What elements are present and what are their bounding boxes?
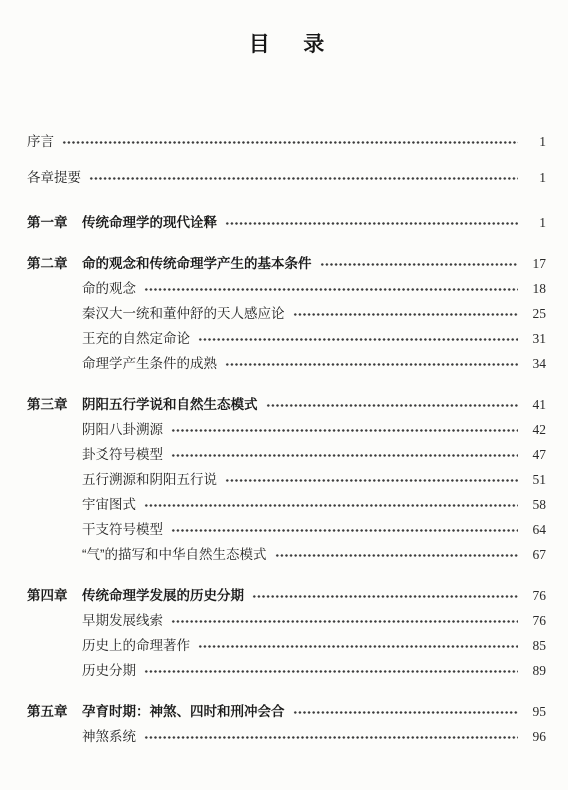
- section-label: 早期发展线索: [82, 613, 163, 628]
- section-label: 历史上的命理著作: [82, 638, 190, 653]
- toc-entry-chapter-4-section-1: 早期发展线索 76: [27, 613, 546, 628]
- dot-leader: [171, 454, 518, 457]
- dot-leader: [266, 404, 519, 407]
- page-number: 42: [524, 422, 546, 437]
- dot-leader: [252, 595, 518, 598]
- toc-entry-chapter-4-section-2: 历史上的命理著作 85: [27, 638, 546, 653]
- page-number: 41: [524, 397, 546, 412]
- dot-leader: [171, 529, 518, 532]
- page-number: 17: [524, 256, 546, 271]
- chapter-title: 阴阳五行学说和自然生态模式: [82, 397, 258, 412]
- toc-entry-chapter-3-section-2: 卦爻符号模型 47: [27, 447, 546, 462]
- toc-entry-chapter-summaries: 各章提要 1: [27, 170, 546, 185]
- dot-leader: [198, 338, 518, 341]
- page-number: 95: [524, 704, 546, 719]
- toc-entry-preface: 序言 1: [27, 134, 546, 149]
- toc-entry-chapter-3-section-3: 五行溯源和阴阳五行说 51: [27, 472, 546, 487]
- toc-entry-chapter-2-section-3: 王充的自然定命论 31: [27, 331, 546, 346]
- page-number: 47: [524, 447, 546, 462]
- dot-leader: [293, 711, 519, 714]
- dot-leader: [62, 141, 518, 144]
- dot-leader: [275, 554, 519, 557]
- chapter-number: 第五章: [27, 704, 82, 719]
- dot-leader: [144, 288, 518, 291]
- section-label: 宇宙图式: [82, 497, 136, 512]
- section-label: 历史分期: [82, 663, 136, 678]
- section-label: 卦爻符号模型: [82, 447, 163, 462]
- page-number: 18: [524, 281, 546, 296]
- chapter-title: 传统命理学的现代诠释: [82, 215, 217, 230]
- chapter-number: 第三章: [27, 397, 82, 412]
- dot-leader: [144, 504, 518, 507]
- section-label: 五行溯源和阴阳五行说: [82, 472, 217, 487]
- toc-entry-chapter-3: 第三章 阴阳五行学说和自然生态模式 41: [27, 397, 546, 412]
- toc-entry-chapter-2-section-2: 秦汉大一统和董仲舒的天人感应论 25: [27, 306, 546, 321]
- page-number: 1: [524, 215, 546, 230]
- chapter-title: 传统命理学发展的历史分期: [82, 588, 244, 603]
- toc-entry-chapter-1: 第一章 传统命理学的现代诠释 1: [27, 215, 546, 230]
- entry-label: 序言: [27, 134, 54, 149]
- dot-leader: [171, 429, 518, 432]
- toc-entry-chapter-3-section-4: 宇宙图式 58: [27, 497, 546, 512]
- chapter-number: 第四章: [27, 588, 82, 603]
- toc-entry-chapter-4-section-3: 历史分期 89: [27, 663, 546, 678]
- page-number: 89: [524, 663, 546, 678]
- page-number: 51: [524, 472, 546, 487]
- section-label: 命理学产生条件的成熟: [82, 356, 217, 371]
- page-number: 67: [524, 547, 546, 562]
- page-number: 25: [524, 306, 546, 321]
- dot-leader: [144, 670, 518, 673]
- section-label: 命的观念: [82, 281, 136, 296]
- dot-leader: [171, 620, 518, 623]
- page-number: 96: [524, 729, 546, 744]
- chapter-number: 第二章: [27, 256, 82, 271]
- page-number: 1: [524, 170, 546, 185]
- section-label: 王充的自然定命论: [82, 331, 190, 346]
- toc-entry-chapter-3-section-5: 干支符号模型 64: [27, 522, 546, 537]
- page-number: 76: [524, 613, 546, 628]
- section-label: 神煞系统: [82, 729, 136, 744]
- section-label: 干支符号模型: [82, 522, 163, 537]
- section-label: 秦汉大一统和董仲舒的天人感应论: [82, 306, 285, 321]
- toc-entry-chapter-5: 第五章 孕育时期：神煞、四时和刑冲会合 95: [27, 704, 546, 719]
- toc-entry-chapter-2: 第二章 命的观念和传统命理学产生的基本条件 17: [27, 256, 546, 271]
- page-number: 76: [524, 588, 546, 603]
- dot-leader: [320, 263, 519, 266]
- toc-entry-chapter-3-section-6: “气”的描写和中华自然生态模式 67: [27, 547, 546, 562]
- toc-entry-chapter-2-section-1: 命的观念 18: [27, 281, 546, 296]
- page-number: 1: [524, 134, 546, 149]
- dot-leader: [293, 313, 519, 316]
- section-label: 阴阳八卦溯源: [82, 422, 163, 437]
- chapter-number: 第一章: [27, 215, 82, 230]
- dot-leader: [225, 479, 518, 482]
- page-number: 34: [524, 356, 546, 371]
- page-number: 85: [524, 638, 546, 653]
- dot-leader: [225, 363, 518, 366]
- page-number: 64: [524, 522, 546, 537]
- chapter-title: 孕育时期：神煞、四时和刑冲会合: [82, 704, 285, 719]
- toc-page: 目录 序言 1 各章提要 1 第一章 传统命理学的现代诠释 1 第二章 命的观念…: [0, 0, 568, 790]
- dot-leader: [198, 645, 518, 648]
- toc-entry-chapter-5-section-1: 神煞系统 96: [27, 729, 546, 744]
- page-number: 31: [524, 331, 546, 346]
- page-number: 58: [524, 497, 546, 512]
- toc-entry-chapter-2-section-4: 命理学产生条件的成熟 34: [27, 356, 546, 371]
- dot-leader: [144, 736, 518, 739]
- toc-entry-chapter-3-section-1: 阴阳八卦溯源 42: [27, 422, 546, 437]
- dot-leader: [225, 222, 518, 225]
- page-title-wrap: 目录: [27, 28, 546, 54]
- dot-leader: [89, 177, 518, 180]
- toc-entry-chapter-4: 第四章 传统命理学发展的历史分期 76: [27, 588, 546, 603]
- section-label: “气”的描写和中华自然生态模式: [82, 547, 267, 562]
- chapter-title: 命的观念和传统命理学产生的基本条件: [82, 256, 312, 271]
- entry-label: 各章提要: [27, 170, 81, 185]
- page-title: 目录: [215, 28, 358, 58]
